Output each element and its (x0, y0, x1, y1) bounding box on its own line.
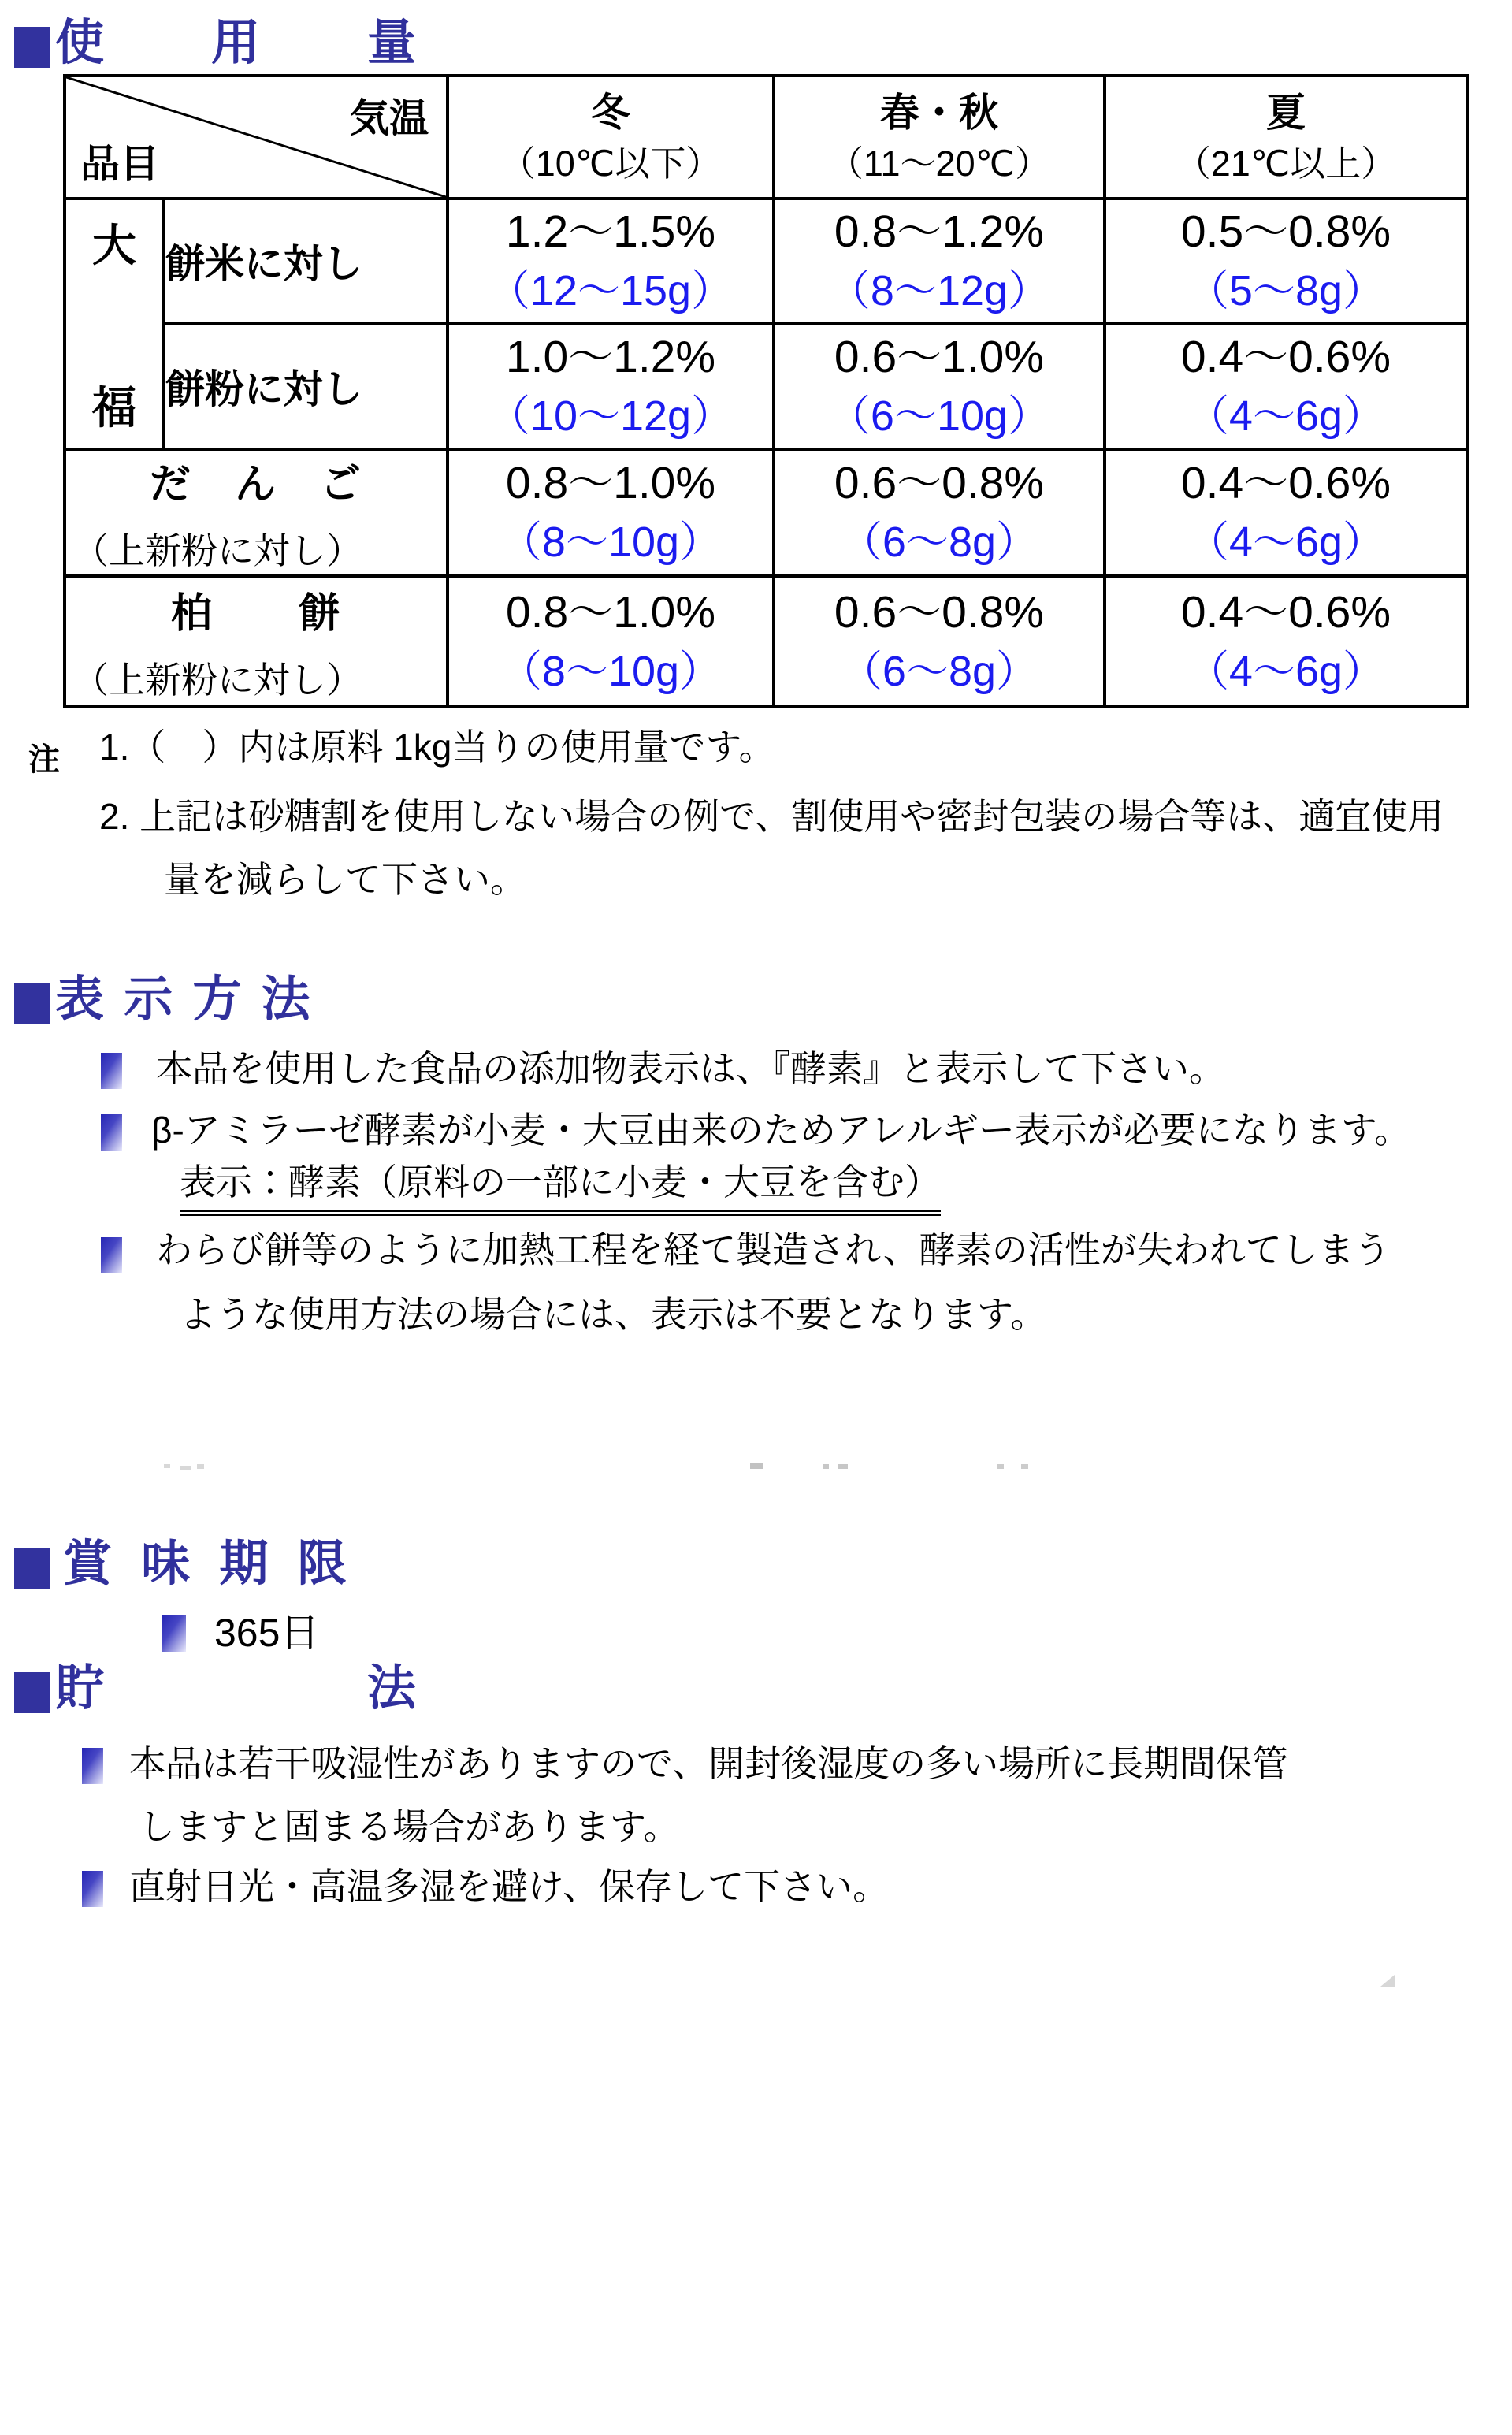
percent-value: 0.8～1.2% (775, 209, 1103, 256)
faint-artifact (997, 1464, 1004, 1469)
usage-table-wrapper: 気温 品目 冬 （10℃以下） 春・秋 （11～20℃） 夏 （21℃以上） 大… (63, 74, 1469, 708)
season-name: 夏 (1106, 91, 1466, 135)
corner-header-cell: 気温 品目 (65, 76, 448, 199)
table-header-row: 気温 品目 冬 （10℃以下） 春・秋 （11～20℃） 夏 （21℃以上） (65, 76, 1467, 199)
product-basis: （上新粉に対し） (66, 652, 446, 704)
shelf-life-section-heading: 賞 味 期 限 (14, 1540, 355, 1589)
bullet-square (82, 1748, 103, 1784)
group-char-top: 大 (66, 211, 162, 274)
gram-value: （8～12g） (775, 269, 1103, 314)
shelf-life-section-title: 賞 味 期 限 (63, 1540, 355, 1589)
value-cell: 0.4～0.6% （4～6g） (1105, 576, 1467, 707)
gram-value: （8～10g） (449, 520, 772, 565)
bullet-square (82, 1871, 103, 1907)
note-number: 1. (99, 727, 129, 768)
gram-value: （10～12g） (449, 394, 772, 439)
faint-artifact (823, 1464, 829, 1469)
faint-artifact (1021, 1464, 1028, 1469)
value-cell: 1.2～1.5% （12～15g） (448, 199, 774, 323)
gram-value: （6～10g） (775, 394, 1103, 439)
storage-bullet-1-line-2: しますと固まる場合があります。 (139, 1806, 679, 1848)
section-marker-square (14, 27, 50, 68)
faint-artifact (750, 1463, 763, 1469)
usage-section-title: 使 用 量 (55, 19, 419, 68)
bullet-square (101, 1237, 122, 1273)
labeling-bullet-1: 本品を使用した食品の添加物表示は、『酵素』と表示して下さい。 (156, 1048, 1225, 1090)
faint-artifact (164, 1464, 170, 1468)
labeling-bullet-3-line-1: わらび餅等のように加熱工程を経て製造され、酵素の活性が失われてしまう (156, 1229, 1391, 1271)
shelf-life-value: 365日 (214, 1611, 319, 1656)
value-cell: 0.8～1.2% （8～12g） (774, 199, 1105, 323)
product-name: 柏 餅 (66, 580, 446, 639)
item-cell: 餅米に対し (164, 199, 448, 323)
value-cell: 0.5～0.8% （5～8g） (1105, 199, 1467, 323)
note-2-line-2: 量を減らして下さい。 (164, 859, 526, 901)
faint-artifact (197, 1464, 204, 1469)
bullet-square (101, 1053, 122, 1089)
table-row-mochigome: 大 福 餅米に対し 1.2～1.5% （12～15g） 0.8～1.2% （8～… (65, 199, 1467, 323)
usage-table: 気温 品目 冬 （10℃以下） 春・秋 （11～20℃） 夏 （21℃以上） 大… (63, 74, 1469, 708)
percent-value: 1.0～1.2% (449, 334, 772, 381)
value-cell: 0.8～1.0% （8～10g） (448, 576, 774, 707)
note-text: 上記は砂糖割を使用しない場合の例で、割使用や密封包装の場合等は、適宜使用 (139, 796, 1443, 837)
percent-value: 0.8～1.0% (449, 460, 772, 507)
season-name: 春・秋 (775, 91, 1103, 135)
season-range: （10℃以下） (449, 144, 772, 184)
gram-value: （8～10g） (449, 649, 772, 694)
product-cell-kashiwamochi: 柏 餅 （上新粉に対し） (65, 576, 448, 707)
value-cell: 0.4～0.6% （4～6g） (1105, 323, 1467, 449)
section-marker-square (14, 983, 50, 1024)
season-header-spring-autumn: 春・秋 （11～20℃） (774, 76, 1105, 199)
labeling-section-title: 表 示 方 法 (55, 976, 314, 1024)
gram-value: （4～6g） (1106, 649, 1466, 694)
note-number: 2. (99, 796, 129, 837)
season-header-summer: 夏 （21℃以上） (1105, 76, 1467, 199)
value-cell: 0.6～1.0% （6～10g） (774, 323, 1105, 449)
percent-value: 0.6～0.8% (775, 460, 1103, 507)
product-name: だ ん ご (66, 451, 446, 510)
season-header-winter: 冬 （10℃以下） (448, 76, 774, 199)
storage-bullet-1-line-1: 本品は若干吸湿性がありますので、開封後湿度の多い場所に長期間保管 (129, 1743, 1288, 1785)
usage-section-heading: 使 用 量 (14, 19, 419, 68)
corner-axis-label: 気温 (350, 87, 429, 143)
gram-value: （5～8g） (1106, 269, 1466, 314)
corner-item-label: 品目 (80, 132, 159, 189)
season-range: （21℃以上） (1106, 144, 1466, 184)
percent-value: 0.4～0.6% (1106, 460, 1466, 507)
bullet-square (162, 1615, 186, 1652)
value-cell: 0.6～0.8% （6～8g） (774, 449, 1105, 576)
note-2-line-1: 2. 上記は砂糖割を使用しない場合の例で、割使用や密封包装の場合等は、適宜使用 (99, 796, 1443, 838)
percent-value: 0.6～1.0% (775, 334, 1103, 381)
bullet-square (101, 1114, 122, 1151)
note-text: （ ）内は原料 1kg当りの使用量です。 (129, 727, 775, 768)
gram-value: （6～8g） (775, 649, 1103, 694)
season-name: 冬 (449, 91, 772, 135)
table-row-mochiko: 餅粉に対し 1.0～1.2% （10～12g） 0.6～1.0% （6～10g）… (65, 323, 1467, 449)
faint-artifact (1380, 1975, 1395, 1987)
value-cell: 0.6～0.8% （6～8g） (774, 576, 1105, 707)
percent-value: 0.4～0.6% (1106, 334, 1466, 381)
product-cell-dango: だ ん ご （上新粉に対し） (65, 449, 448, 576)
value-cell: 0.4～0.6% （4～6g） (1105, 449, 1467, 576)
gram-value: （6～8g） (775, 520, 1103, 565)
product-usage-sheet: { "colors": { "heading": "#30309c", "mar… (0, 0, 1512, 2435)
table-row-kashiwamochi: 柏 餅 （上新粉に対し） 0.8～1.0% （8～10g） 0.6～0.8% （… (65, 576, 1467, 707)
section-marker-square (14, 1548, 50, 1589)
value-cell: 0.8～1.0% （8～10g） (448, 449, 774, 576)
percent-value: 0.5～0.8% (1106, 209, 1466, 256)
season-range: （11～20℃） (775, 144, 1103, 184)
percent-value: 0.6～0.8% (775, 589, 1103, 637)
percent-value: 0.8～1.0% (449, 589, 772, 637)
group-char-bottom: 福 (66, 374, 162, 437)
item-cell: 餅粉に対し (164, 323, 448, 449)
product-basis: （上新粉に対し） (66, 522, 446, 574)
storage-section-title: 貯 法 (55, 1664, 419, 1713)
gram-value: （12～15g） (449, 269, 772, 314)
labeling-example-underlined: 表示：酵素（原料の一部に小麦・大豆を含む） (180, 1162, 941, 1216)
section-marker-square (14, 1672, 50, 1713)
storage-bullet-2: 直射日光・高温多湿を避け、保存して下さい。 (129, 1866, 889, 1908)
percent-value: 0.4～0.6% (1106, 589, 1466, 637)
labeling-bullet-2: β‐アミラーゼ酵素が小麦・大豆由来のためアレルギー表示が必要になります。 (151, 1110, 1410, 1151)
note-marker: 注 (28, 734, 60, 779)
group-cell-daifuku: 大 福 (65, 199, 164, 449)
faint-artifact (180, 1466, 191, 1470)
gram-value: （4～6g） (1106, 394, 1466, 439)
note-1: 1.（ ）内は原料 1kg当りの使用量です。 (99, 727, 775, 768)
percent-value: 1.2～1.5% (449, 209, 772, 256)
faint-artifact (838, 1464, 848, 1469)
table-row-dango: だ ん ご （上新粉に対し） 0.8～1.0% （8～10g） 0.6～0.8%… (65, 449, 1467, 576)
storage-section-heading: 貯 法 (14, 1664, 419, 1713)
labeling-section-heading: 表 示 方 法 (14, 976, 314, 1024)
gram-value: （4～6g） (1106, 520, 1466, 565)
value-cell: 1.0～1.2% （10～12g） (448, 323, 774, 449)
labeling-bullet-3-line-2: ような使用方法の場合には、表示は不要となります。 (180, 1294, 1046, 1336)
